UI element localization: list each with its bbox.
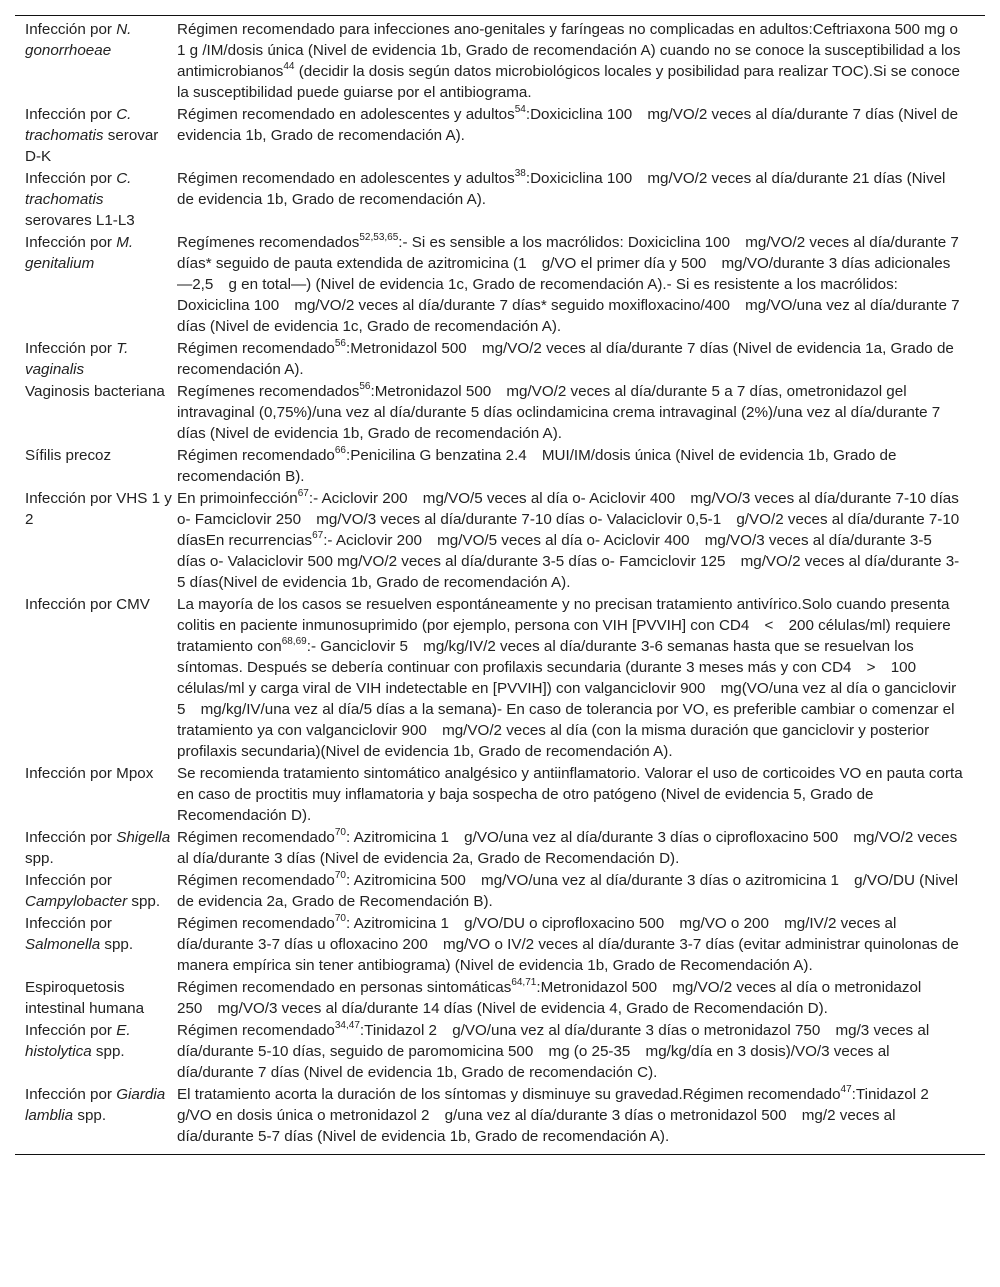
treatment-cell: Se recomienda tratamiento sintomático an… — [177, 763, 985, 827]
text-segment: Régimen recomendado — [177, 829, 335, 846]
reference-superscript: 70 — [335, 827, 346, 838]
reference-superscript: 47 — [841, 1084, 852, 1095]
text-segment: Sífilis precoz — [25, 447, 111, 464]
condition-cell: Infección por Shigella spp. — [15, 827, 177, 870]
condition-cell: Infección por T. vaginalis — [15, 338, 177, 381]
condition-cell: Infección por E. histolytica spp. — [15, 1020, 177, 1084]
text-segment: Régimen recomendado en adolescentes y ad… — [177, 106, 515, 123]
text-segment: Infección por — [25, 170, 116, 187]
table-row: Infección por C. trachomatis serovares L… — [15, 168, 985, 232]
text-segment: Infección por — [25, 106, 116, 123]
condition-cell: Infección por Salmonella spp. — [15, 913, 177, 977]
table-body: Infección por N. gonorrhoeaeRégimen reco… — [15, 19, 985, 1148]
text-segment: En primoinfección — [177, 490, 298, 507]
treatment-cell: Régimen recomendado en personas sintomát… — [177, 977, 985, 1020]
treatment-cell: Régimen recomendado en adolescentes y ad… — [177, 168, 985, 232]
reference-superscript: 68,69 — [282, 636, 307, 647]
treatment-cell: Régimen recomendado56:Metronidazol 500 m… — [177, 338, 985, 381]
treatment-cell: Régimen recomendado70: Azitromicina 500 … — [177, 870, 985, 913]
reference-superscript: 64,71 — [511, 977, 536, 988]
table-row: Infección por MpoxSe recomienda tratamie… — [15, 763, 985, 827]
table-row: Infección por VHS 1 y 2En primoinfección… — [15, 488, 985, 594]
text-segment: Infección por — [25, 340, 116, 357]
text-segment: spp. — [25, 850, 54, 867]
text-segment: Infección por — [25, 915, 112, 932]
text-segment: Régimen recomendado — [177, 915, 335, 932]
condition-cell: Infección por Giardia lamblia spp. — [15, 1084, 177, 1148]
reference-superscript: 56 — [335, 338, 346, 349]
text-segment: Infección por — [25, 1022, 116, 1039]
condition-cell: Infección por VHS 1 y 2 — [15, 488, 177, 594]
table-row: Infección por N. gonorrhoeaeRégimen reco… — [15, 19, 985, 104]
condition-cell: Vaginosis bacteriana — [15, 381, 177, 445]
treatment-cell: Regímenes recomendados52,53,65:- Si es s… — [177, 232, 985, 338]
text-segment: Vaginosis bacteriana — [25, 383, 165, 400]
text-segment: Regímenes recomendados — [177, 383, 359, 400]
text-segment: spp. — [92, 1043, 125, 1060]
text-segment: Regímenes recomendados — [177, 234, 359, 251]
text-segment: Infección por — [25, 872, 112, 889]
reference-superscript: 70 — [335, 913, 346, 924]
treatment-cell: En primoinfección67:- Aciclovir 200 mg/V… — [177, 488, 985, 594]
text-segment: Espiroquetosis intestinal humana — [25, 979, 144, 1017]
treatment-cell: Régimen recomendado para infecciones ano… — [177, 19, 985, 104]
reference-superscript: 34,47 — [335, 1020, 360, 1031]
table-row: Sífilis precozRégimen recomendado66:Peni… — [15, 445, 985, 488]
text-segment: Régimen recomendado en adolescentes y ad… — [177, 170, 515, 187]
condition-cell: Infección por M. genitalium — [15, 232, 177, 338]
text-segment: Régimen recomendado — [177, 1022, 335, 1039]
text-segment: Infección por — [25, 829, 116, 846]
treatment-table: Infección por N. gonorrhoeaeRégimen reco… — [15, 19, 985, 1148]
table-row: Infección por CMVLa mayoría de los casos… — [15, 594, 985, 763]
condition-cell: Espiroquetosis intestinal humana — [15, 977, 177, 1020]
organism-name: Shigella — [116, 829, 170, 846]
treatment-cell: Régimen recomendado70: Azitromicina 1 g/… — [177, 913, 985, 977]
treatment-cell: Regímenes recomendados56:Metronidazol 50… — [177, 381, 985, 445]
reference-superscript: 54 — [515, 104, 526, 115]
text-segment: Infección por Mpox — [25, 765, 153, 782]
text-segment: Infección por VHS 1 y 2 — [25, 490, 172, 528]
table-row: Infección por Shigella spp.Régimen recom… — [15, 827, 985, 870]
text-segment: serovares L1-L3 — [25, 212, 135, 229]
text-segment: spp. — [127, 893, 160, 910]
reference-superscript: 56 — [359, 381, 370, 392]
condition-cell: Infección por Mpox — [15, 763, 177, 827]
text-segment: Infección por — [25, 21, 116, 38]
text-segment: spp. — [73, 1107, 106, 1124]
treatment-table-container: Infección por N. gonorrhoeaeRégimen reco… — [15, 15, 985, 1155]
table-row: Infección por Giardia lamblia spp.El tra… — [15, 1084, 985, 1148]
text-segment: Se recomienda tratamiento sintomático an… — [177, 765, 963, 824]
reference-superscript: 67 — [298, 488, 309, 499]
condition-cell: Infección por N. gonorrhoeae — [15, 19, 177, 104]
text-segment: :- Ganciclovir 5 mg/kg/IV/2 veces al día… — [177, 638, 956, 760]
text-segment: Régimen recomendado en personas sintomát… — [177, 979, 511, 996]
text-segment: spp. — [100, 936, 133, 953]
treatment-cell: La mayoría de los casos se resuelven esp… — [177, 594, 985, 763]
table-row: Infección por E. histolytica spp.Régimen… — [15, 1020, 985, 1084]
text-segment: Régimen recomendado — [177, 872, 335, 889]
table-row: Espiroquetosis intestinal humanaRégimen … — [15, 977, 985, 1020]
reference-superscript: 44 — [283, 61, 294, 72]
table-row: Infección por Salmonella spp.Régimen rec… — [15, 913, 985, 977]
text-segment: Régimen recomendado — [177, 447, 335, 464]
text-segment: Régimen recomendado — [177, 340, 335, 357]
text-segment: Infección por — [25, 1086, 116, 1103]
treatment-cell: Régimen recomendado70: Azitromicina 1 g/… — [177, 827, 985, 870]
table-row: Infección por M. genitaliumRegímenes rec… — [15, 232, 985, 338]
text-segment: Infección por — [25, 234, 116, 251]
table-row: Infección por Campylobacter spp.Régimen … — [15, 870, 985, 913]
reference-superscript: 70 — [335, 870, 346, 881]
table-row: Infección por C. trachomatis serovar D-K… — [15, 104, 985, 168]
organism-name: Salmonella — [25, 936, 100, 953]
table-row: Infección por T. vaginalisRégimen recome… — [15, 338, 985, 381]
reference-superscript: 67 — [312, 530, 323, 541]
reference-superscript: 38 — [515, 168, 526, 179]
condition-cell: Infección por C. trachomatis serovares L… — [15, 168, 177, 232]
treatment-cell: El tratamiento acorta la duración de los… — [177, 1084, 985, 1148]
condition-cell: Sífilis precoz — [15, 445, 177, 488]
condition-cell: Infección por C. trachomatis serovar D-K — [15, 104, 177, 168]
treatment-cell: Régimen recomendado en adolescentes y ad… — [177, 104, 985, 168]
organism-name: Campylobacter — [25, 893, 127, 910]
text-segment: El tratamiento acorta la duración de los… — [177, 1086, 841, 1103]
condition-cell: Infección por CMV — [15, 594, 177, 763]
treatment-cell: Régimen recomendado34,47:Tinidazol 2 g/V… — [177, 1020, 985, 1084]
reference-superscript: 52,53,65 — [359, 232, 398, 243]
text-segment: Infección por CMV — [25, 596, 150, 613]
reference-superscript: 66 — [335, 445, 346, 456]
treatment-cell: Régimen recomendado66:Penicilina G benza… — [177, 445, 985, 488]
table-row: Vaginosis bacterianaRegímenes recomendad… — [15, 381, 985, 445]
condition-cell: Infección por Campylobacter spp. — [15, 870, 177, 913]
